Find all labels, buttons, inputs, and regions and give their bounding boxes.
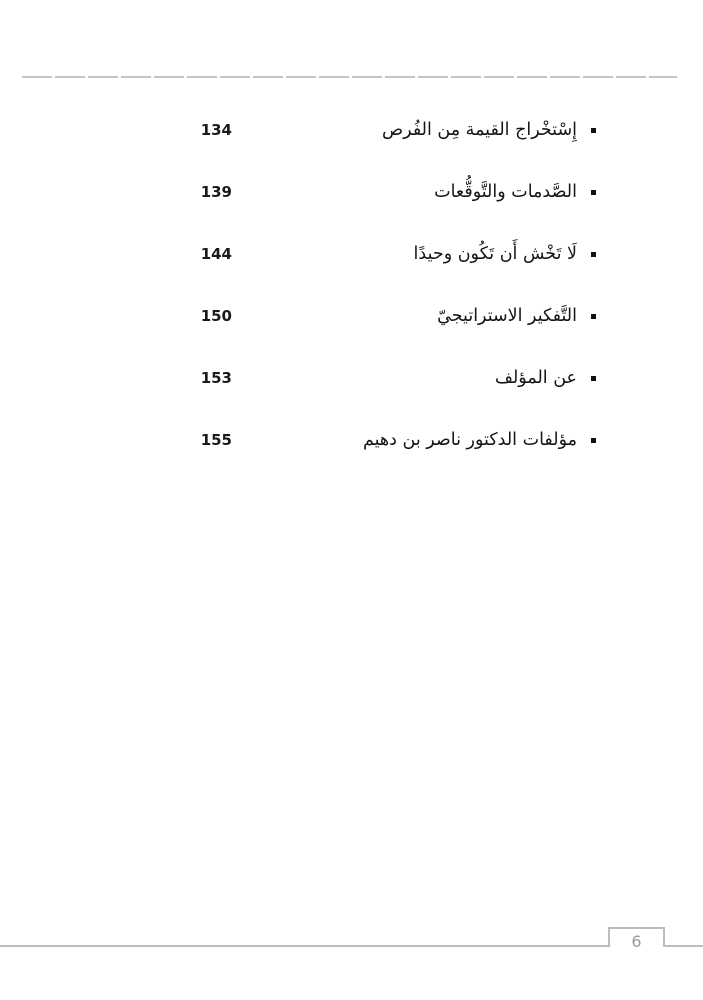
toc-entry: 144 لَا تَخْش أَن تَكُون وحيدًا	[196, 223, 597, 285]
table-of-contents: 134 إِسْتخْراج القيمة مِن الفُرص 139 الص…	[196, 99, 597, 471]
toc-entry-title: الصَّدمات والتَّوقُّعات	[434, 180, 577, 205]
toc-page-number: 155	[196, 431, 232, 449]
toc-page-number: 139	[196, 183, 232, 201]
toc-entry-title: التَّفكير الاستراتيجيّ	[437, 304, 577, 329]
bullet-square-icon	[591, 128, 596, 133]
footer-separator-rule	[0, 945, 703, 947]
toc-entry: 150 التَّفكير الاستراتيجيّ	[196, 285, 597, 347]
toc-entry-title: عن المؤلف	[495, 366, 577, 391]
footer-page-number-tab: 6	[608, 927, 665, 947]
toc-page-number: 153	[196, 369, 232, 387]
toc-entry: 153 عن المؤلف	[196, 347, 597, 409]
bullet-square-icon	[591, 314, 596, 319]
toc-page-number: 144	[196, 245, 232, 263]
top-separator-rule	[22, 76, 677, 78]
bullet-square-icon	[591, 190, 596, 195]
bullet-square-icon	[591, 438, 596, 443]
bullet-square-icon	[591, 252, 596, 257]
toc-page-number: 150	[196, 307, 232, 325]
toc-entry-title: إِسْتخْراج القيمة مِن الفُرص	[382, 118, 577, 143]
toc-entry: 139 الصَّدمات والتَّوقُّعات	[196, 161, 597, 223]
toc-page-number: 134	[196, 121, 232, 139]
toc-entry-title: لَا تَخْش أَن تَكُون وحيدًا	[414, 242, 577, 267]
toc-entry-title: مؤلفات الدكتور ناصر بن دهيم	[363, 428, 577, 453]
bullet-square-icon	[591, 376, 596, 381]
toc-entry: 155 مؤلفات الدكتور ناصر بن دهيم	[196, 409, 597, 471]
toc-entry: 134 إِسْتخْراج القيمة مِن الفُرص	[196, 99, 597, 161]
book-page: 134 إِسْتخْراج القيمة مِن الفُرص 139 الص…	[0, 0, 703, 1000]
footer-page-number: 6	[631, 934, 641, 950]
